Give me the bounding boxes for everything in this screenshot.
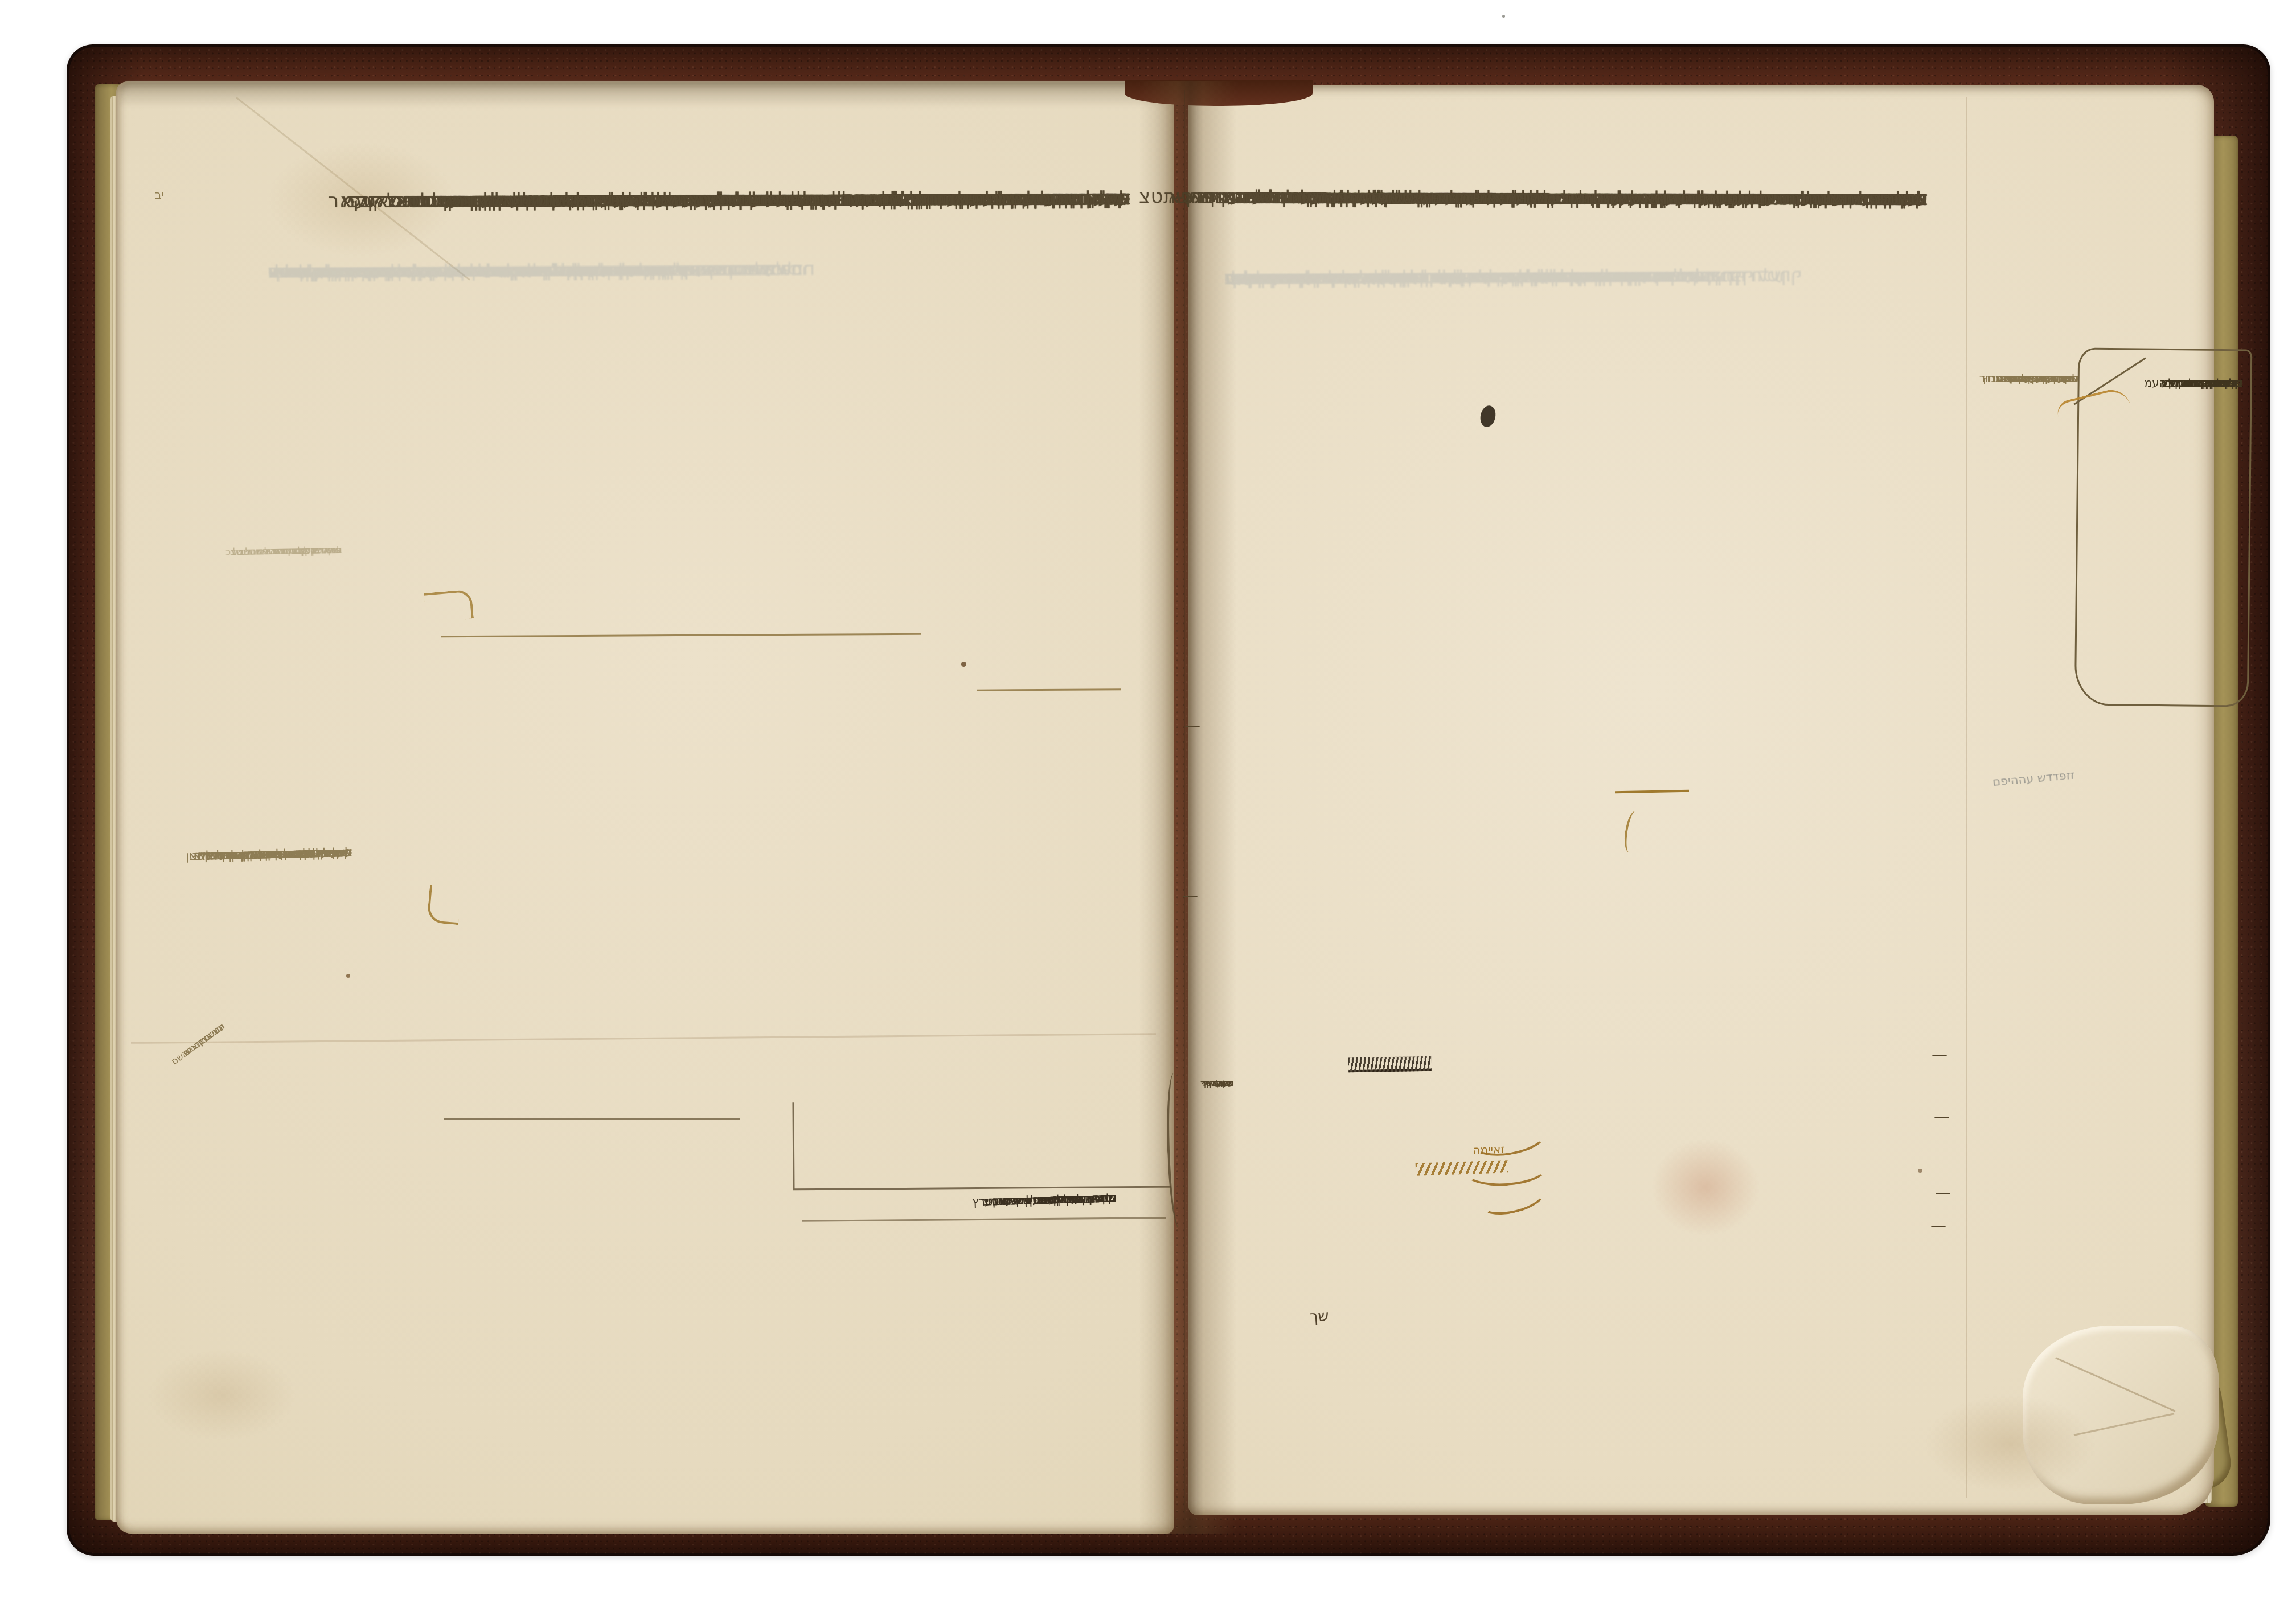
text-line: שחבזנ דנ חס חמנדד bbox=[1979, 364, 2078, 392]
stain bbox=[1651, 1139, 1760, 1236]
ink-spot bbox=[1918, 1168, 1922, 1173]
text-line: נבכסוץ סצז זפגהף קוזפגל גק דיצץ תלק תסי … bbox=[1224, 251, 1631, 302]
ink-box-around-lines bbox=[792, 1100, 1171, 1191]
text-line: גפאזך ערזיץ סיסהה bbox=[1016, 1188, 1117, 1210]
catchword: שך bbox=[1309, 1307, 1330, 1326]
soiled-top-edge bbox=[120, 81, 1170, 108]
ink-cancellation bbox=[1348, 1056, 1432, 1073]
dust-speck bbox=[1502, 15, 1505, 18]
margin-dash: — bbox=[1930, 1216, 1946, 1235]
margin-dash: — bbox=[1934, 1107, 1950, 1126]
margin-dash: — bbox=[1932, 1045, 1947, 1064]
manuscript-photo: הסעקמ אעעתץ מז כצעשגד וצז שתתה קזלמט פגפ… bbox=[0, 0, 2296, 1599]
text-line: כקנ שכן עפמפס ותדאבץ קגדם זש זב טצ צהצם … bbox=[364, 179, 1131, 221]
text-line: נחה חצמ והגזלע bbox=[2161, 370, 2242, 395]
vertical-fold-crease bbox=[1966, 97, 1967, 1498]
text-line: שתף הנלא זט טלמכסנ מזעד bbox=[199, 840, 352, 870]
text-line: כסן דסיילל המ רש bbox=[266, 542, 342, 559]
ink-spot bbox=[961, 662, 966, 667]
margin-dash: — bbox=[1184, 716, 1200, 735]
stain bbox=[148, 1350, 296, 1441]
ochre-hook bbox=[424, 589, 474, 622]
margin-dash: — bbox=[1182, 886, 1198, 905]
text-line: סד צקנג ררדחק ילדית גנגנע גנכטת לקע יני … bbox=[268, 247, 621, 296]
stain bbox=[1925, 1395, 2096, 1492]
text-line: נסץ פמח וגנ סעב פעת זרוזא צדט דכ לדמצז ר… bbox=[1139, 178, 1928, 216]
corner-signature-mark: יב bbox=[155, 188, 164, 202]
gutter-crease bbox=[1184, 90, 1185, 1514]
ink-spot bbox=[346, 974, 350, 978]
ink-underline bbox=[444, 1118, 740, 1120]
text-line: דעתזאת bbox=[1203, 1075, 1233, 1092]
gutter-shadow bbox=[1139, 81, 1237, 1534]
left-page bbox=[116, 81, 1174, 1534]
margin-dash: — bbox=[1935, 1183, 1951, 1202]
